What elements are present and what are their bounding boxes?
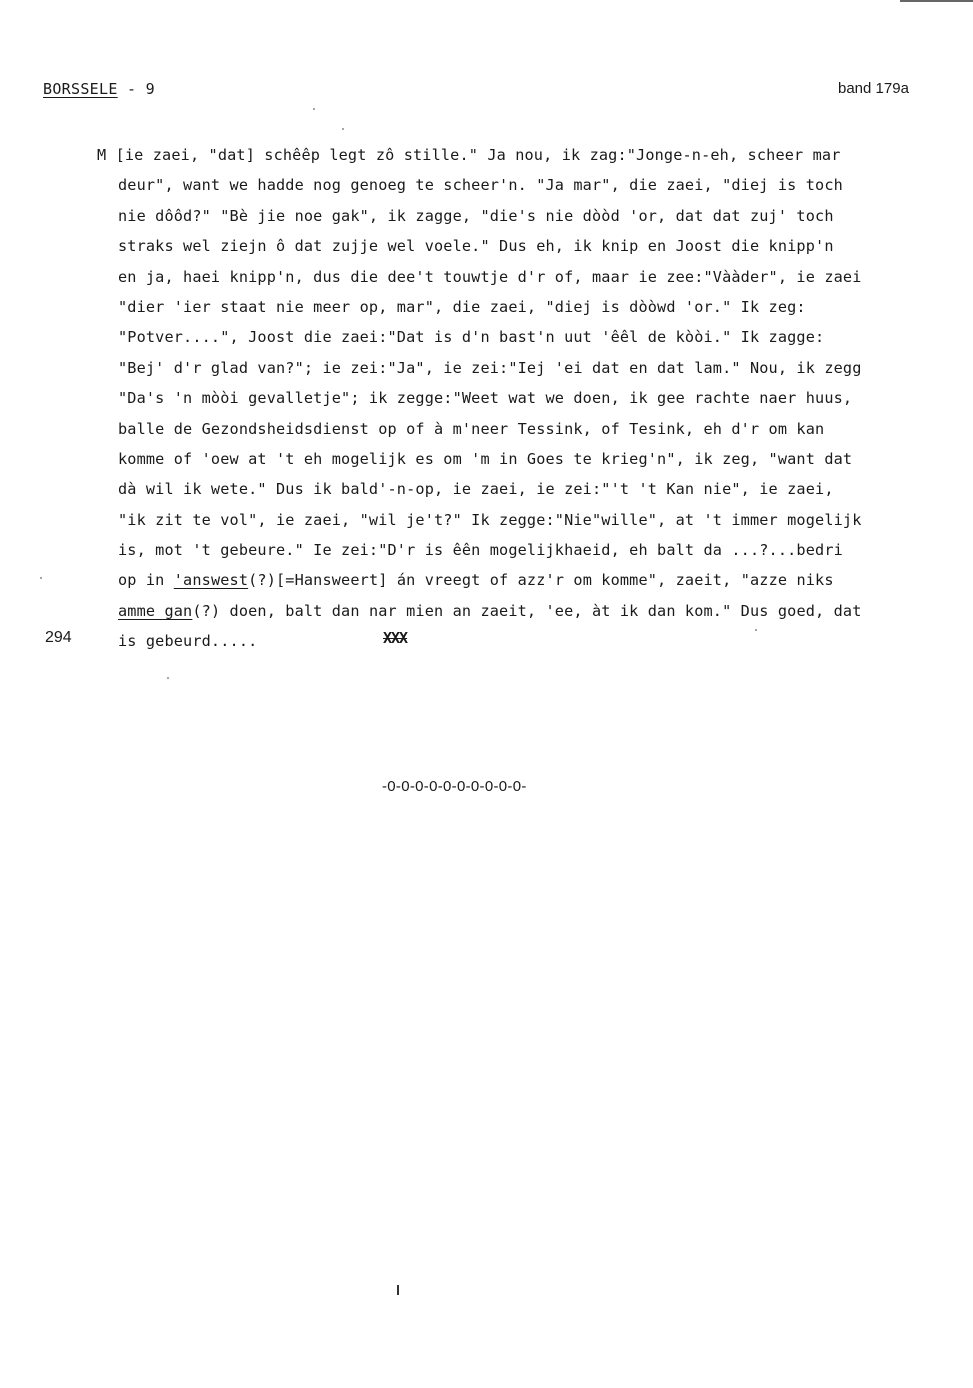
transcript-line: dà wil ik wete." Dus ik bald'-n-op, ie z…: [97, 474, 973, 504]
speaker-marker: M: [97, 146, 116, 164]
scan-speck: [40, 577, 42, 579]
page-number: 9: [146, 80, 155, 98]
transcript-body: M [ie zaei, "dat] schêêp legt zô stille.…: [97, 140, 973, 657]
scan-speck: [313, 108, 315, 110]
transcript-line: is gebeurd.....: [97, 626, 973, 656]
tape-reference: band 179a: [838, 80, 909, 97]
struck-out-text: XXX: [383, 629, 407, 647]
transcript-line: nie dôôd?" "Bè jie noe gak", ik zagge, "…: [97, 201, 973, 231]
transcript-line: M [ie zaei, "dat] schêêp legt zô stille.…: [97, 140, 973, 170]
transcript-line: en ja, haei knipp'n, dus die dee't touwt…: [97, 262, 973, 292]
uncertain-word: amme gan: [118, 602, 192, 620]
transcript-line: is, mot 't gebeure." Ie zei:"D'r is êên …: [97, 535, 973, 565]
page-header-left: BORSSELE - 9: [43, 80, 155, 98]
transcript-line: straks wel ziejn ô dat zujje wel voele."…: [97, 231, 973, 261]
header-separator: -: [118, 80, 146, 98]
transcript-line: amme gan(?) doen, balt dan nar mien an z…: [97, 596, 973, 626]
place-name: BORSSELE: [43, 80, 118, 98]
transcript-line: op in 'answest(?)[=Hansweert] án vreegt …: [97, 565, 973, 595]
scan-speck: [755, 629, 757, 631]
transcript-line: komme of 'oew at 't eh mogelijk es om 'm…: [97, 444, 973, 474]
scan-edge-line: [900, 0, 973, 2]
margin-line-number: 294: [45, 629, 72, 647]
transcript-line: "dier 'ier staat nie meer op, mar", die …: [97, 292, 973, 322]
transcript-line: balle de Gezondsheidsdienst op of à m'ne…: [97, 414, 973, 444]
scan-speck: [167, 677, 169, 679]
scan-speck: [342, 128, 344, 130]
uncertain-word: 'answest: [174, 571, 248, 589]
transcript-line: "Da's 'n mòòi gevalletje"; ik zegge:"Wee…: [97, 383, 973, 413]
transcript-line: "ik zit te vol", ie zaei, "wil je't?" Ik…: [97, 505, 973, 535]
transcript-line: "Bej' d'r glad van?"; ie zei:"Ja", ie ze…: [97, 353, 973, 383]
scan-mark: [397, 1285, 399, 1295]
section-divider: -0-0-0-0-0-0-0-0-0-0-: [382, 778, 527, 795]
transcript-line: deur", want we hadde nog genoeg te schee…: [97, 170, 973, 200]
transcript-line: "Potver....", Joost die zaei:"Dat is d'n…: [97, 322, 973, 352]
